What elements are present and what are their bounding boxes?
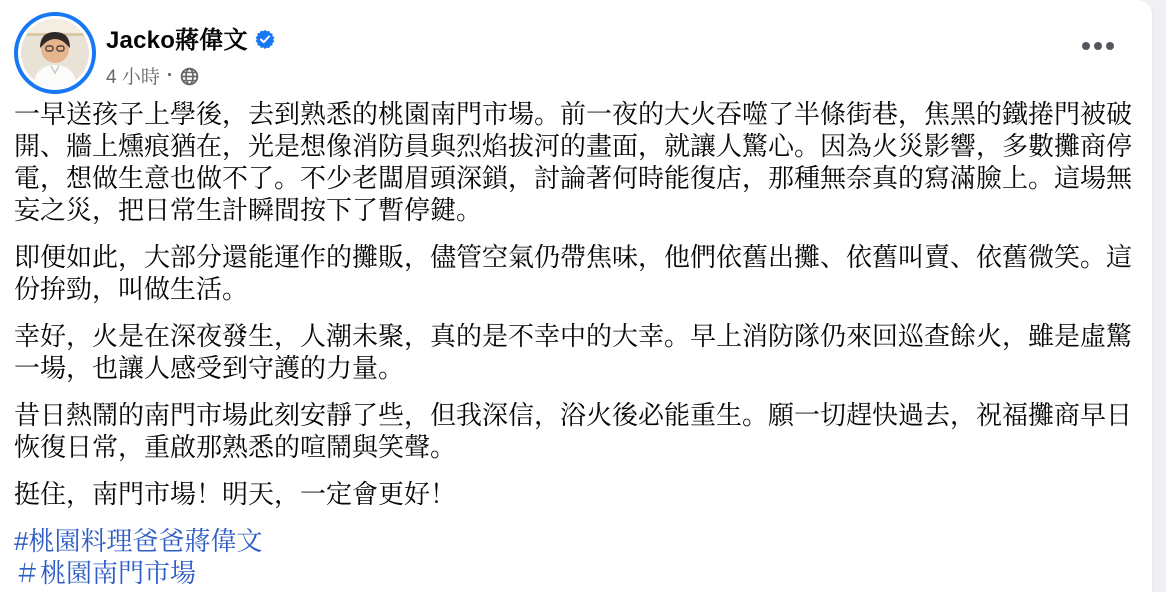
post-paragraph: 即便如此，大部分還能運作的攤販，儘管空氣仍帶焦味，他們依舊出攤、依舊叫賣、依舊微…: [14, 241, 1138, 305]
author-name[interactable]: Jacko蔣偉文: [106, 20, 248, 55]
meta-separator: ·: [166, 65, 174, 87]
hashtag-block: #桃園料理爸爸蔣偉文 ＃桃園南門市場: [14, 525, 1138, 589]
post-paragraph: 挺住，南門市場！明天，一定會更好！: [14, 478, 1138, 510]
avatar-image: [21, 19, 89, 87]
post-paragraph: 昔日熱鬧的南門市場此刻安靜了些，但我深信，浴火後必能重生。願一切趕快過去，祝福攤…: [14, 399, 1138, 463]
post-header-text: Jacko蔣偉文 4 小時 ·: [106, 12, 275, 89]
post-paragraph: 一早送孩子上學後，去到熟悉的桃園南門市場。前一夜的大火吞噬了半條街巷，焦黑的鐵捲…: [14, 98, 1138, 226]
hashtag-link[interactable]: ＃桃園南門市場: [14, 557, 1138, 589]
hashtag-link[interactable]: #桃園料理爸爸蔣偉文: [14, 525, 1138, 557]
post-meta: 4 小時 ·: [106, 62, 275, 89]
timestamp[interactable]: 4 小時: [106, 62, 160, 89]
post-header: Jacko蔣偉文 4 小時 ·: [0, 0, 1152, 96]
ellipsis-more-icon[interactable]: [1070, 28, 1126, 64]
globe-public-icon: [180, 67, 199, 86]
verified-badge-icon: [255, 29, 275, 49]
profile-picture[interactable]: [14, 12, 96, 94]
facebook-post-card: Jacko蔣偉文 4 小時 ·: [0, 0, 1152, 592]
post-body: 一早送孩子上學後，去到熟悉的桃園南門市場。前一夜的大火吞噬了半條街巷，焦黑的鐵捲…: [0, 96, 1152, 589]
post-paragraph: 幸好，火是在深夜發生，人潮未聚，真的是不幸中的大幸。早上消防隊仍來回巡查餘火，雖…: [14, 320, 1138, 384]
